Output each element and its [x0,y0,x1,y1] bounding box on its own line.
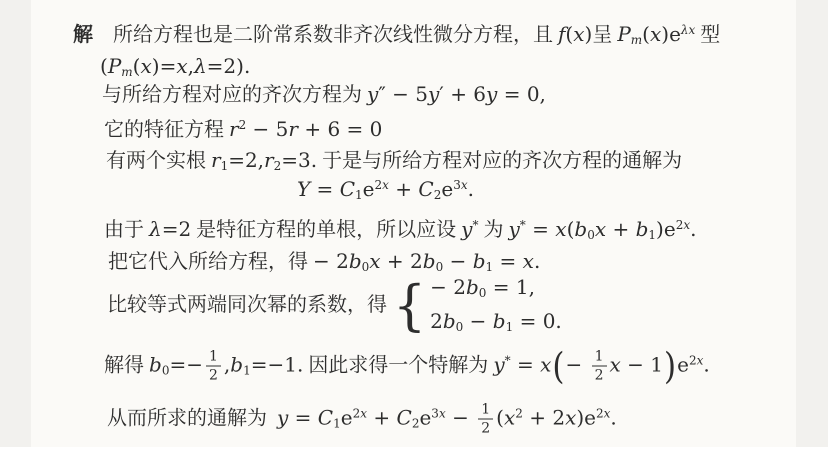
math-run: r [211,148,221,172]
math-run: r [288,117,298,141]
math-run: − 2 [430,275,466,299]
text-run: 把它代入所给方程，得 [108,251,313,273]
subscript: 1 [486,260,494,274]
text-run: 呈 [592,24,617,46]
math-run: =− [169,353,203,377]
math-run: − 1 [621,353,663,377]
math-run: ″ − 5 [378,82,428,106]
math-run: x [540,353,551,377]
math-run: − 5 [246,117,288,141]
solution-line-6: Y = C1e2x + C2e3x. [297,177,474,203]
math-run: * [520,218,526,232]
text-run: 因此求得一个特解为 [303,355,493,377]
math-run: = [511,353,540,377]
math-run: 2 [515,406,523,420]
math-run: * [505,353,511,367]
math-run: = 0. [513,309,562,333]
math-run: b [443,309,456,333]
subscript: 0 [456,320,464,334]
superscript: * [472,218,478,232]
math-run: e [441,177,453,201]
math-run: x [360,406,367,420]
solution-line-8: 把它代入所给方程，得 − 2b0x + 2b0 − b1 = x. [108,249,540,275]
subscript: 1 [648,228,656,242]
solution-line-11: 从而所求的通解为 y = C1e2x + C2e3x − 12(x2 + 2x)… [107,404,617,437]
math-run: ( [100,54,108,78]
math-run: y [493,353,504,377]
solution-line-9: 比较等式两端同次幂的系数，得{− 2b0 = 1,2b0 − b1 = 0. [107,275,562,335]
math-run: 2 [430,309,443,333]
subscript: 1 [506,320,514,334]
subscript: 0 [479,286,487,300]
math-run: b [466,275,479,299]
math-run: b [493,309,506,333]
math-run: b [230,353,243,377]
solution-line-1: 解所给方程也是二阶常系数非齐次线性微分方程，且 f(x)呈 Pm(x)eλx 型 [73,22,720,48]
math-run: x [604,406,611,420]
solution-label: 解 [73,24,93,46]
math-run: . [534,249,540,273]
math-run: 1 [648,228,656,242]
text-run: 有两个实根 [106,150,211,172]
math-run: = [493,249,522,273]
math-run: x [461,178,468,192]
system-rows: − 2b0 = 1,2b0 − b1 = 0. [430,275,562,335]
subscript: 0 [587,228,595,242]
math-run: y [508,217,519,241]
math-run: b [149,353,162,377]
math-run: Y [297,177,310,201]
math-run: 0 [436,260,444,274]
math-run: 0 [587,228,595,242]
text-run: 所给方程也是二阶常系数非齐次线性微分方程，且 [113,24,558,46]
system-equation-1: − 2b0 = 1, [430,275,562,301]
math-run: x [683,218,690,232]
text-run: 与所给方程对应的齐次方程为 [102,84,367,106]
math-run: m [631,33,642,47]
math-run: y [277,406,288,430]
math-run: )e [656,217,676,241]
math-run: 1 [355,188,363,202]
fraction-numerator: 1 [478,403,493,420]
math-run: x [650,22,661,46]
math-run: y [461,217,472,241]
math-run: x [439,406,446,420]
math-run: e [363,177,375,201]
math-run: e [341,406,353,430]
math-run: 1 [506,320,514,334]
math-run: =2, [228,148,264,172]
math-run: =2 [162,217,191,241]
math-run: x [555,217,566,241]
superscript: * [505,353,511,367]
superscript: 2x [689,353,703,367]
math-run: λ [194,54,207,78]
fraction-denominator: 2 [481,420,490,436]
math-run: + [367,406,396,430]
subscript: 1 [333,417,341,431]
solution-line-2: (Pm(x)=x,λ=2). [100,54,250,80]
math-run: x [565,406,576,430]
math-run: + 6 = 0 [298,117,382,141]
text-run: 型 [695,24,720,46]
math-run: ) [661,22,669,46]
math-run: − [446,406,475,430]
math-run: y [486,82,497,106]
subscript: 1 [221,159,229,173]
text-run: 是特征方程的单根，所以应设 [191,219,461,241]
superscript: 2 [515,406,523,420]
math-run: C [318,406,333,430]
math-run: P [108,54,121,78]
math-run: b [349,249,362,273]
math-run: y [428,82,439,106]
math-run: ( [642,22,650,46]
paper: 解所给方程也是二阶常系数非齐次线性微分方程，且 f(x)呈 Pm(x)eλx 型… [31,0,796,447]
math-run: 2 [412,417,420,431]
math-run: . [703,353,709,377]
math-run: =2). [207,54,251,78]
superscript: 2x [374,178,388,192]
math-run: 2 [596,406,604,420]
math-run: − [463,309,492,333]
math-run: C [418,177,433,201]
math-run: 2 [239,118,247,132]
math-run: x [573,22,584,46]
superscript: 2x [353,406,367,420]
subscript: 0 [162,364,170,378]
math-run: b [423,249,436,273]
solution-line-10: 解得 b0=−12,b1=−1. 因此求得一个特解为 y* = x(− 12x … [104,351,710,384]
math-run: x [595,217,606,241]
math-run: r [264,148,274,172]
math-run: = [288,406,317,430]
math-run: 1 [486,260,494,274]
equation-system: {− 2b0 = 1,2b0 − b1 = 0. [393,275,562,335]
math-run: =3. [281,148,317,172]
math-run: b [473,249,486,273]
math-run: r [229,117,239,141]
math-run: e [669,22,681,46]
math-run: + [389,177,418,201]
math-run: x [610,353,621,377]
math-run: b [636,217,649,241]
subscript: 0 [362,260,370,274]
math-run: ′ + 6 [439,82,486,106]
solution-line-4: 它的特征方程 r2 − 5r + 6 = 0 [104,117,382,143]
math-run: x [697,353,704,367]
fraction-denominator: 2 [209,367,218,383]
math-run: =−1. [251,353,304,377]
superscript: 2x [676,218,690,232]
math-run: 0 [456,320,464,334]
text-run: 由于 [104,219,149,241]
math-run: 2 [374,178,382,192]
math-run: + 2 [381,249,423,273]
superscript: 2 [239,118,247,132]
math-run: )= [152,54,177,78]
math-run: C [340,177,355,201]
math-run: λx [681,23,695,37]
subscript: 2 [412,417,420,431]
math-run: 3 [431,406,439,420]
math-run: x [140,54,151,78]
math-run: . [468,177,474,201]
text-run: 为 [478,219,508,241]
subscript: m [121,65,132,79]
math-run: e [677,353,689,377]
subscript: 1 [243,364,251,378]
text-run: 比较等式两端同次幂的系数，得 [107,293,387,318]
math-run: C [397,406,412,430]
system-equation-2: 2b0 − b1 = 0. [430,309,562,335]
math-run: b [574,217,587,241]
superscript: * [520,218,526,232]
subscript: m [631,33,642,47]
superscript: 3x [453,178,467,192]
fraction-numerator: 1 [206,350,221,367]
math-run: 1 [221,159,229,173]
text-run: 从而所求的通解为 [107,408,277,430]
math-run: . [610,406,616,430]
fraction-denominator: 2 [595,367,604,383]
math-run: 0 [362,260,370,274]
text-run: 它的特征方程 [104,119,229,141]
subscript: 0 [436,260,444,274]
math-run: = 1, [486,275,535,299]
superscript: λx [681,23,695,37]
superscript: 2x [596,406,610,420]
fraction-numerator: 1 [592,350,607,367]
math-run: 2 [274,159,282,173]
math-run: )e [576,406,596,430]
math-run: 3 [453,178,461,192]
math-run: x [382,178,389,192]
superscript: 3x [431,406,445,420]
math-run: x [369,249,380,273]
math-run: 1 [333,417,341,431]
math-run: + [606,217,635,241]
math-run: λ [149,217,162,241]
solution-line-3: 与所给方程对应的齐次方程为 y″ − 5y′ + 6y = 0, [102,82,546,108]
math-run: 0 [162,364,170,378]
fraction: 12 [206,350,221,383]
math-run: − [443,249,472,273]
math-run: . [690,217,696,241]
math-run: e [419,406,431,430]
math-run: + 2 [523,406,565,430]
text-run: 于是与所给方程对应的齐次方程的通解为 [317,150,682,172]
math-run: x [523,249,534,273]
subscript: 1 [355,188,363,202]
math-run: = 0, [497,82,546,106]
math-run: = [310,177,339,201]
subscript: 2 [274,159,282,173]
math-run: 1 [243,364,251,378]
math-run: m [121,65,132,79]
math-run: P [617,22,630,46]
fraction: 12 [478,403,493,436]
text-run: 解得 [104,355,149,377]
math-run: 2 [434,188,442,202]
fraction: 12 [592,350,607,383]
subscript: 2 [434,188,442,202]
math-run: = [526,217,555,241]
math-run: − [566,353,589,377]
math-run: y [367,82,378,106]
math-run: x [504,406,515,430]
math-run: 2 [689,353,697,367]
math-run: * [472,218,478,232]
math-run: 0 [479,286,487,300]
solution-line-5: 有两个实根 r1=2,r2=3. 于是与所给方程对应的齐次方程的通解为 [106,148,682,174]
math-run: − 2 [313,249,349,273]
solution-line-7: 由于 λ=2 是特征方程的单根，所以应设 y* 为 y* = x(b0x + b… [104,217,696,243]
math-run: ( [496,406,504,430]
math-run: x [176,54,187,78]
